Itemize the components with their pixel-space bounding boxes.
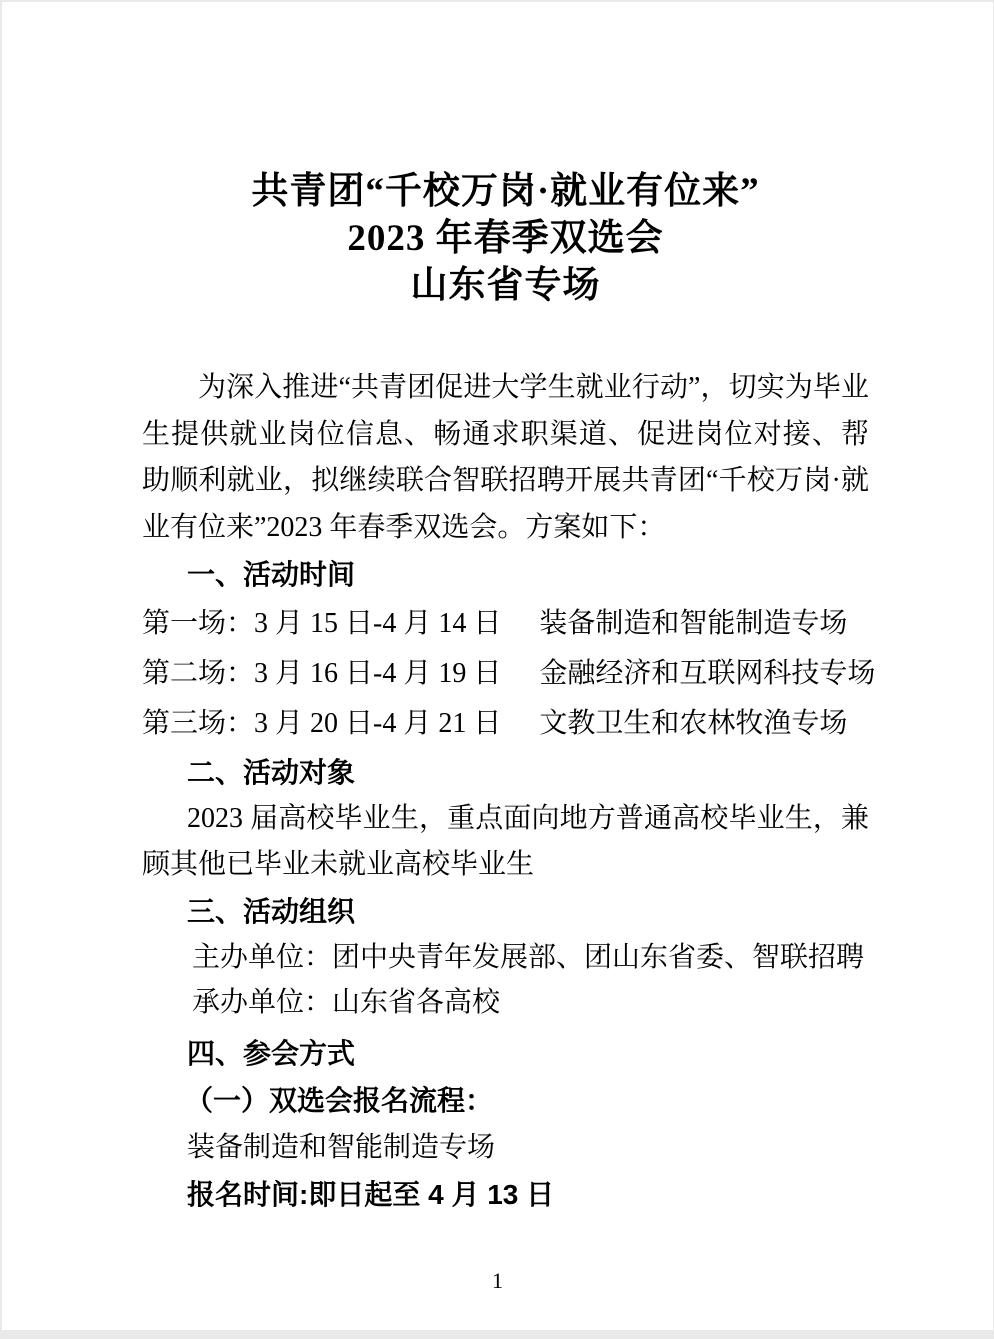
document-page: 共青团“千校万岗·就业有位来” 2023 年春季双选会 山东省专场 为深入推进“… <box>2 2 993 1330</box>
session-time: 第一场：3 月 15 日-4 月 14 日 <box>142 608 501 639</box>
session-name: 装备制造和智能制造专场 <box>539 608 847 639</box>
document-content: 共青团“千校万岗·就业有位来” 2023 年春季双选会 山东省专场 为深入推进“… <box>142 168 869 1218</box>
session-row-3: 第三场：3 月 20 日-4 月 21 日文教卫生和农林牧渔专场 <box>142 699 869 749</box>
undertaker-line: 承办单位：山东省各高校 <box>142 980 869 1025</box>
audience-paragraph: 2023 届高校毕业生，重点面向地方普通高校毕业生，兼顾其他已毕业未就业高校毕业… <box>142 796 869 888</box>
subsection-heading-signup-flow: （一）双选会报名流程： <box>142 1077 869 1125</box>
page-number: 1 <box>2 1268 993 1294</box>
section-heading-participation-method: 四、参会方式 <box>142 1030 869 1077</box>
session-row-2: 第二场：3 月 16 日-4 月 19 日金融经济和互联网科技专场 <box>142 649 869 699</box>
document-title-line-1: 共青团“千校万岗·就业有位来” <box>142 168 869 215</box>
session-time: 第三场：3 月 20 日-4 月 21 日 <box>142 708 501 739</box>
section-activity-audience: 二、活动对象 2023 届高校毕业生，重点面向地方普通高校毕业生，兼顾其他已毕业… <box>142 749 869 888</box>
fair-name-line: 装备制造和智能制造专场 <box>142 1125 869 1171</box>
section-activity-organization: 三、活动组织 主办单位：团中央青年发展部、团山东省委、智联招聘 承办单位：山东省… <box>142 888 869 1025</box>
intro-paragraph: 为深入推进“共青团促进大学生就业行动”，切实为毕业生提供就业岗位信息、畅通求职渠… <box>142 365 869 551</box>
section-heading-activity-time: 一、活动时间 <box>142 551 869 599</box>
document-title-line-2: 2023 年春季双选会 <box>142 215 869 262</box>
document-title-line-3: 山东省专场 <box>142 262 869 309</box>
section-activity-time: 一、活动时间 第一场：3 月 15 日-4 月 14 日装备制造和智能制造专场 … <box>142 551 869 749</box>
session-name: 文教卫生和农林牧渔专场 <box>539 708 847 739</box>
session-name: 金融经济和互联网科技专场 <box>539 658 875 689</box>
section-heading-activity-audience: 二、活动对象 <box>142 749 869 796</box>
document-title: 共青团“千校万岗·就业有位来” 2023 年春季双选会 山东省专场 <box>142 168 869 309</box>
signup-deadline-line: 报名时间:即日起至 4 月 13 日 <box>142 1171 869 1218</box>
section-participation-method: 四、参会方式 （一）双选会报名流程： 装备制造和智能制造专场 报名时间:即日起至… <box>142 1030 869 1218</box>
session-row-1: 第一场：3 月 15 日-4 月 14 日装备制造和智能制造专场 <box>142 599 869 649</box>
organizer-line: 主办单位：团中央青年发展部、团山东省委、智联招聘 <box>142 935 869 980</box>
section-heading-activity-organization: 三、活动组织 <box>142 888 869 935</box>
session-time: 第二场：3 月 16 日-4 月 19 日 <box>142 658 501 689</box>
